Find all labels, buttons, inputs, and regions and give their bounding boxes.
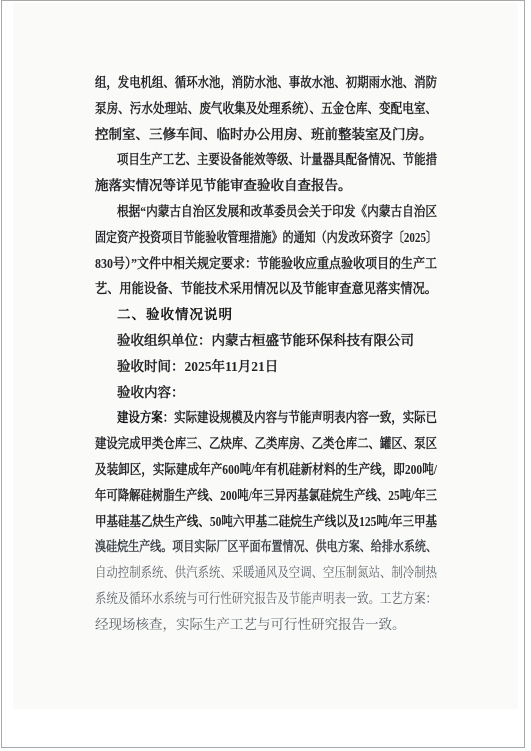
text-line: 验收组织单位：内蒙古桓盛节能环保科技有限公司 [95, 328, 437, 354]
scanned-page: 组，发电机组、循环水池，消防水池、事故水池、初期雨水池、消防 泵房、污水处理站、… [13, 3, 518, 709]
section-heading: 二、验收情况说明 [95, 302, 437, 328]
text-line: 建设完成甲类仓库三、乙炔库、乙类库房、乙类仓库二、罐区、泵区 [95, 431, 437, 457]
text-line: 830号）”文件中相关规定要求：节能验收应重点验收项目的生产工 [95, 251, 437, 277]
text-line: 系统及循环水系统与可行性研究报告及节能声明表一致。工艺方案： [95, 586, 437, 612]
viewer-frame: 组，发电机组、循环水池，消防水池、事故水池、初期雨水池、消防 泵房、污水处理站、… [1, 0, 525, 748]
text-line: 甲基硅基乙炔生产线、50吨六甲基二硅烷生产线以及125吨/年三甲基 [95, 509, 437, 535]
text-line: 验收内容： [95, 380, 437, 406]
text-line: 经现场核查，实际生产工艺与可行性研究报告一致。 [95, 612, 437, 638]
text-line: 固定资产投资项目节能验收管理措施》的通知（内发改环资字〔2025〕 [95, 225, 437, 251]
text-line: 年可降解硅树脂生产线、200吨/年三异丙基氯硅烷生产线、25吨/年三 [95, 483, 437, 509]
text-line: 根据“内蒙古自治区发展和改革委员会关于印发《内蒙古自治区 [95, 199, 437, 225]
inline-heading: 建设方案： [117, 410, 174, 425]
text-line: 及装卸区，实际建成年产600吨/年有机硅新材料的生产线，即200吨/ [95, 457, 437, 483]
text-line: 项目生产工艺、主要设备能效等级、计量器具配备情况、节能措 [95, 147, 437, 173]
text-line: 建设方案：实际建设规模及内容与节能声明表内容一致，实际已 [95, 405, 437, 431]
text-line: 自动控制系统、供汽系统、采暖通风及空调、空压制氮站、制冷制热 [95, 560, 437, 586]
document-body: 组，发电机组、循环水池，消防水池、事故水池、初期雨水池、消防 泵房、污水处理站、… [95, 70, 437, 638]
text-line: 组，发电机组、循环水池，消防水池、事故水池、初期雨水池、消防 [95, 70, 437, 96]
text-run: 实际建设规模及内容与节能声明表内容一致，实际已 [174, 410, 437, 425]
text-line: 艺、用能设备、节能技术采用情况以及节能审查意见落实情况。 [95, 276, 437, 302]
text-line: 控制室、三修车间、临时办公用房、班前整装室及门房。 [95, 122, 437, 148]
page-frame: 组，发电机组、循环水池，消防水池、事故水池、初期雨水池、消防 泵房、污水处理站、… [0, 0, 531, 751]
text-line: 施落实情况等详见节能审查验收自查报告。 [95, 173, 437, 199]
text-line: 泵房、污水处理站、废气收集及处理系统）、五金仓库、变配电室、 [95, 96, 437, 122]
text-line: 验收时间：2025年11月21日 [95, 354, 437, 380]
text-line: 溴硅烷生产线。项目实际厂区平面布置情况、供电方案、给排水系统、 [95, 534, 437, 560]
